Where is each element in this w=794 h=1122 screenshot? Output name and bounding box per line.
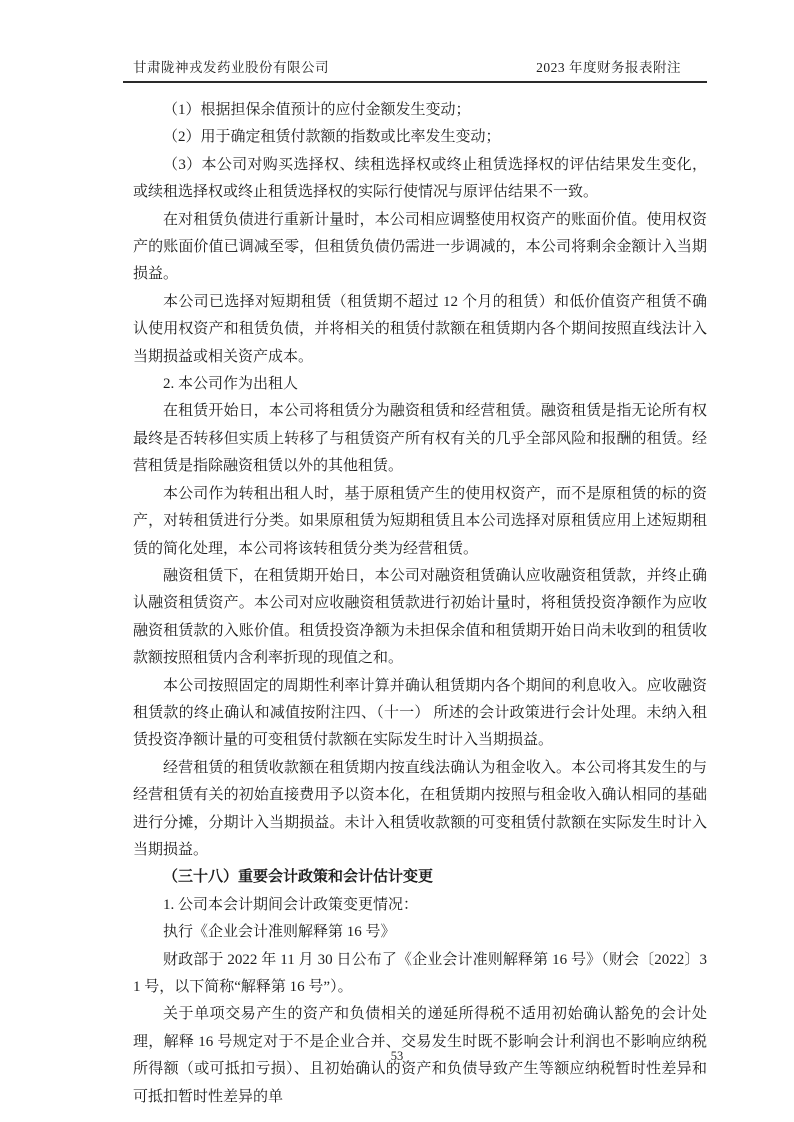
section-heading: （三十八）重要会计政策和会计估计变更	[133, 864, 707, 891]
list-item: （1）根据担保余值预计的应付金额发生变动；	[133, 97, 707, 124]
document-page: 甘肃陇神戎发药业股份有限公司 2023 年度财务报表附注 （1）根据担保余值预计…	[0, 0, 794, 1122]
paragraph: 本公司按照固定的周期性利率计算并确认租赁期内各个期间的利息收入。应收融资租赁款的…	[133, 673, 707, 755]
paragraph: 在对租赁负债进行重新计量时，本公司相应调整使用权资产的账面价值。使用权资产的账面…	[133, 207, 707, 289]
subsection-title: 2. 本公司作为出租人	[133, 371, 707, 398]
paragraph: 本公司已选择对短期租赁（租赁期不超过 12 个月的租赁）和低价值资产租赁不确认使…	[133, 289, 707, 371]
header-company-name: 甘肃陇神戎发药业股份有限公司	[123, 56, 329, 76]
subsection-title: 1. 公司本会计期间会计政策变更情况：	[133, 892, 707, 919]
header-doc-title: 2023 年度财务报表附注	[536, 56, 707, 76]
paragraph: 在租赁开始日，本公司将租赁分为融资租赁和经营租赁。融资租赁是指无论所有权最终是否…	[133, 398, 707, 480]
paragraph: 经营租赁的租赁收款额在租赁期内按直线法确认为租金收入。本公司将其发生的与经营租赁…	[133, 755, 707, 865]
list-item: （2）用于确定租赁付款额的指数或比率发生变动；	[133, 124, 707, 151]
list-item: （3）本公司对购买选择权、续租选择权或终止租赁选择权的评估结果发生变化，或续租选…	[133, 152, 707, 207]
paragraph: 财政部于 2022 年 11 月 30 日公布了《企业会计准则解释第 16 号》…	[133, 947, 707, 1002]
paragraph: 融资租赁下，在租赁期开始日，本公司对融资租赁确认应收融资租赁款，并终止确认融资租…	[133, 563, 707, 673]
paragraph: 本公司作为转租出租人时，基于原租赁产生的使用权资产，而不是原租赁的标的资产，对转…	[133, 481, 707, 563]
document-body: （1）根据担保余值预计的应付金额发生变动； （2）用于确定租赁付款额的指数或比率…	[133, 97, 707, 1111]
paragraph: 执行《企业会计准则解释第 16 号》	[133, 919, 707, 946]
page-footer: 53	[0, 1049, 794, 1064]
page-number: 53	[391, 1049, 404, 1063]
page-header: 甘肃陇神戎发药业股份有限公司 2023 年度财务报表附注	[123, 56, 707, 83]
